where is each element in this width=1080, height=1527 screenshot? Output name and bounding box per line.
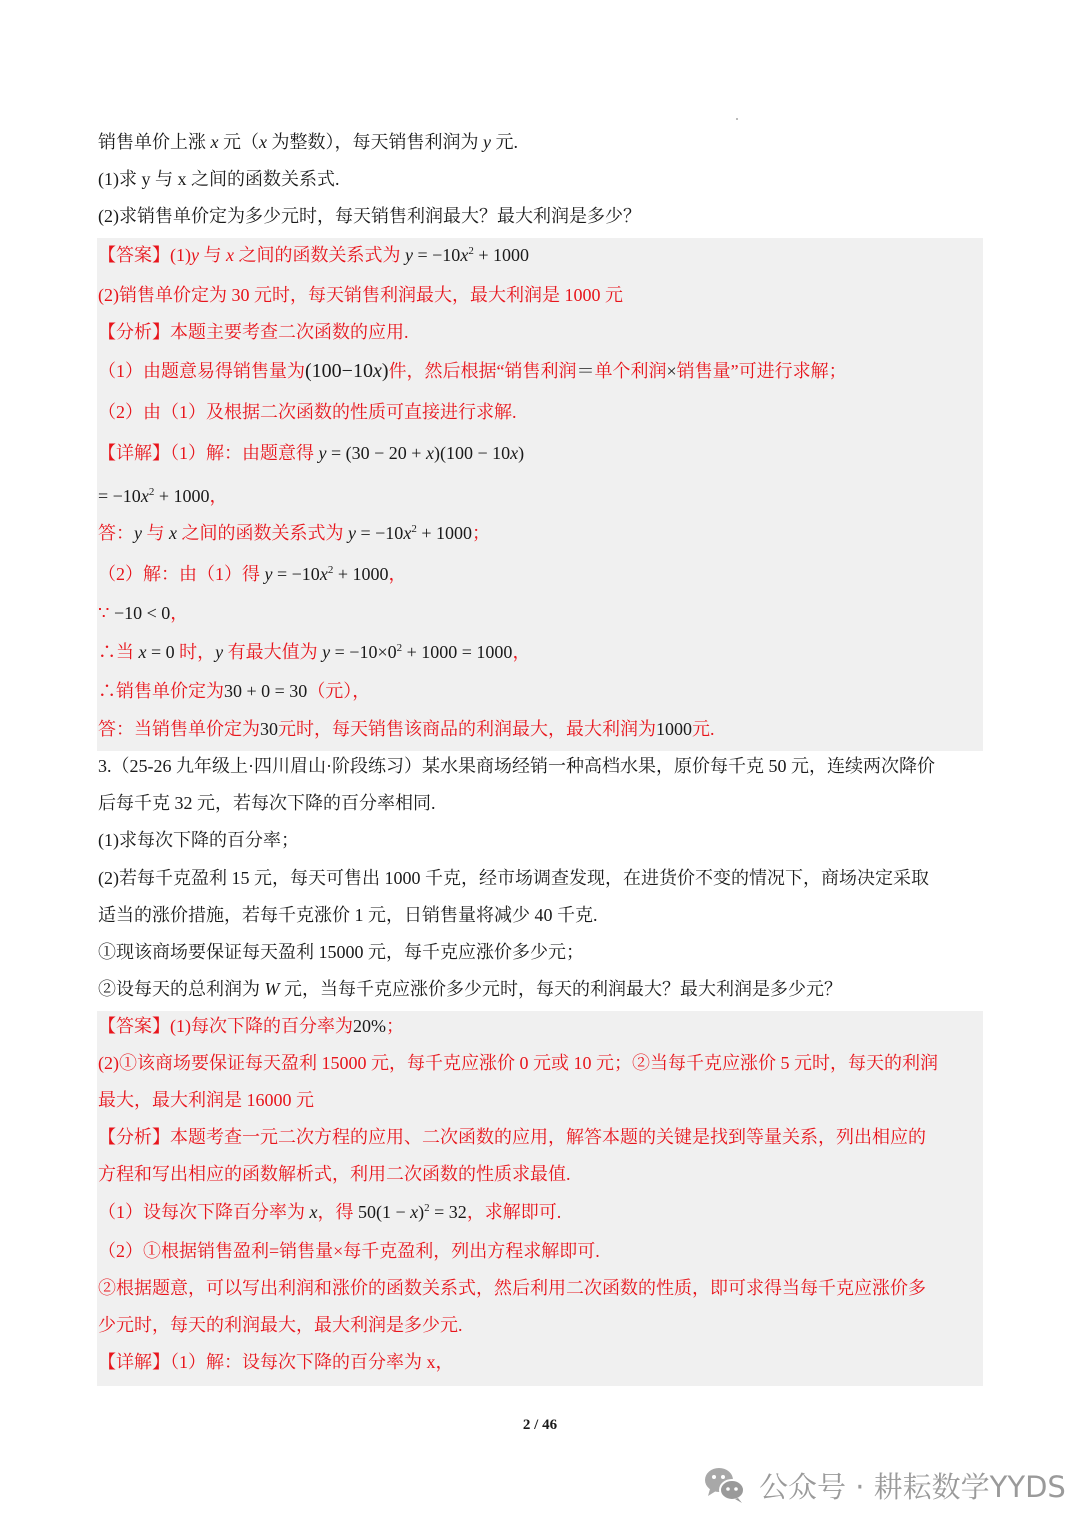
problem3-analysis-4: （2）①根据销售盈利=销售量×每千克盈利，列出方程求解即可. (98, 1239, 600, 1263)
answer-1-text: (1)每次下降的百分率为 (170, 1016, 353, 1036)
problem-number: 3. (98, 756, 112, 776)
problem2-detail-1: 【详解】（1）解：由题意得 y = (30 − 20 + x)(100 − 10… (98, 441, 524, 465)
problem2-detail-3: 答：y 与 x 之间的函数关系式为 y = −10x2 + 1000； (98, 521, 490, 545)
problem3-question-1: (1)求每次下降的百分率； (98, 828, 299, 852)
var-y: y (483, 132, 491, 152)
stem-part: 销售单价上涨 (98, 132, 211, 152)
problem2-question-2: (2)求销售单价定为多少元时，每天销售利润最大？最大利润是多少？ (98, 204, 641, 228)
problem2-analysis-2: （2）由（1）及根据二次函数的性质可直接进行求解. (98, 400, 517, 424)
problem2-detail-5: ∵ −10 < 0， (98, 601, 188, 625)
problem2-detail-6: ∴当 x = 0 时，y 有最大值为 y = −10×02 + 1000 = 1… (98, 640, 530, 664)
stem-part: 为整数），每天销售利润为 (267, 132, 483, 152)
answer-1-text: (1)y 与 x 之间的函数关系式为 y = −10x2 + 1000 (170, 245, 529, 265)
problem3-analysis-2: 方程和写出相应的函数解析式，利用二次函数的性质求最值. (98, 1162, 571, 1186)
problem2-answer-1: 【答案】(1)y 与 x 之间的函数关系式为 y = −10x2 + 1000 (98, 243, 529, 267)
analysis-label: 【分析】 (98, 1127, 170, 1147)
problem3-analysis-6: 少元时，每天的利润最大，最大利润是多少元. (98, 1313, 463, 1337)
detail-label: 【详解】 (98, 1352, 170, 1372)
problem3-answer-2-line1: (2)①该商场要保证每天盈利 15000 元，每千克应涨价 0 元或 10 元；… (98, 1051, 938, 1075)
answer-1-value: 20% (353, 1016, 386, 1036)
watermark-text: 公众号 · 耕耘数学YYDS (759, 1465, 1066, 1506)
problem3-answer-2-line2: 最大，最大利润是 16000 元 (98, 1088, 314, 1112)
problem3-analysis-5: ②根据题意，可以写出利润和涨价的函数关系式，然后利用二次函数的性质，即可求得当每… (98, 1276, 926, 1300)
answer-label: 【答案】 (98, 245, 170, 265)
wechat-icon (703, 1465, 747, 1505)
stem-part: 元. (491, 132, 518, 152)
problem2-analysis: 【分析】本题主要考查二次函数的应用. (98, 320, 409, 344)
problem3-answer-1: 【答案】(1)每次下降的百分率为20%； (98, 1014, 404, 1038)
stem-part: 元（ (219, 132, 260, 152)
answer-label: 【答案】 (98, 1016, 170, 1036)
problem-source: （25-26 九年级上·四川眉山·阶段练习） (112, 756, 422, 776)
detail-1-text: （1）解：设每次下降的百分率为 x， (170, 1352, 454, 1372)
problem2-question-1: (1)求 y 与 x 之间的函数关系式. (98, 167, 340, 191)
solution-box-problem2 (97, 238, 983, 751)
analysis-text: 本题主要考查二次函数的应用. (170, 322, 409, 342)
analysis-text: 本题考查一元二次方程的应用、二次函数的应用，解答本题的关键是找到等量关系，列出相… (170, 1127, 926, 1147)
detail-label: 【详解】 (98, 443, 170, 463)
problem3-stem-1: 3.（25-26 九年级上·四川眉山·阶段练习）某水果商场经销一种高档水果，原价… (98, 754, 935, 778)
problem3-question-2-line2: 适当的涨价措施，若每千克涨价 1 元，日销售量将减少 40 千克. (98, 903, 598, 927)
problem2-stem-tail: 销售单价上涨 x 元（x 为整数），每天销售利润为 y 元. (98, 130, 518, 154)
problem3-question-2b: ②设每天的总利润为 W 元，当每千克应涨价多少元时，每天的利润最大？最大利润是多… (98, 977, 842, 1001)
answer-1-end: ； (386, 1016, 404, 1036)
watermark: 公众号 · 耕耘数学YYDS (703, 1463, 1066, 1507)
problem3-analysis-1: 【分析】本题考查一元二次方程的应用、二次函数的应用，解答本题的关键是找到等量关系… (98, 1125, 926, 1149)
problem2-detail-7: ∴销售单价定为30 + 0 = 30（元）， (98, 679, 370, 703)
analysis-label: 【分析】 (98, 322, 170, 342)
problem2-answer-2: (2)销售单价定为 30 元时，每天销售利润最大，最大利润是 1000 元 (98, 283, 623, 307)
scan-speck (736, 118, 738, 120)
problem3-detail-1: 【详解】（1）解：设每次下降的百分率为 x， (98, 1350, 454, 1374)
page-number: 2 / 46 (0, 1417, 1080, 1434)
problem3-question-2a: ①现该商场要保证每天盈利 15000 元，每千克应涨价多少元； (98, 940, 584, 964)
document-page: 销售单价上涨 x 元（x 为整数），每天销售利润为 y 元. (1)求 y 与 … (0, 0, 1080, 1527)
problem2-detail-8: 答：当销售单价定为30元时，每天销售该商品的利润最大，最大利润为1000元. (98, 717, 715, 741)
problem3-stem-2: 后每千克 32 元，若每次下降的百分率相同. (98, 791, 436, 815)
detail-1-text: （1）解：由题意得 y = (30 − 20 + x)(100 − 10x) (170, 443, 524, 463)
problem2-analysis-1: （1）由题意易得销售量为(100−10x)件，然后根据“销售利润＝单个利润×销售… (98, 359, 847, 383)
problem3-analysis-3: （1）设每次下降百分率为 x，得 50(1 − x)2 = 32，求解即可. (98, 1200, 561, 1224)
var-x: x (259, 132, 267, 152)
problem2-detail-4: （2）解：由（1）得 y = −10x2 + 1000， (98, 562, 406, 586)
problem2-detail-2: = −10x2 + 1000， (98, 484, 227, 508)
problem3-question-2-line1: (2)若每千克盈利 15 元，每天可售出 1000 千克，经市场调查发现，在进货… (98, 866, 929, 890)
stem-text: 某水果商场经销一种高档水果，原价每千克 50 元，连续两次降价 (422, 756, 935, 776)
var-x: x (211, 132, 219, 152)
